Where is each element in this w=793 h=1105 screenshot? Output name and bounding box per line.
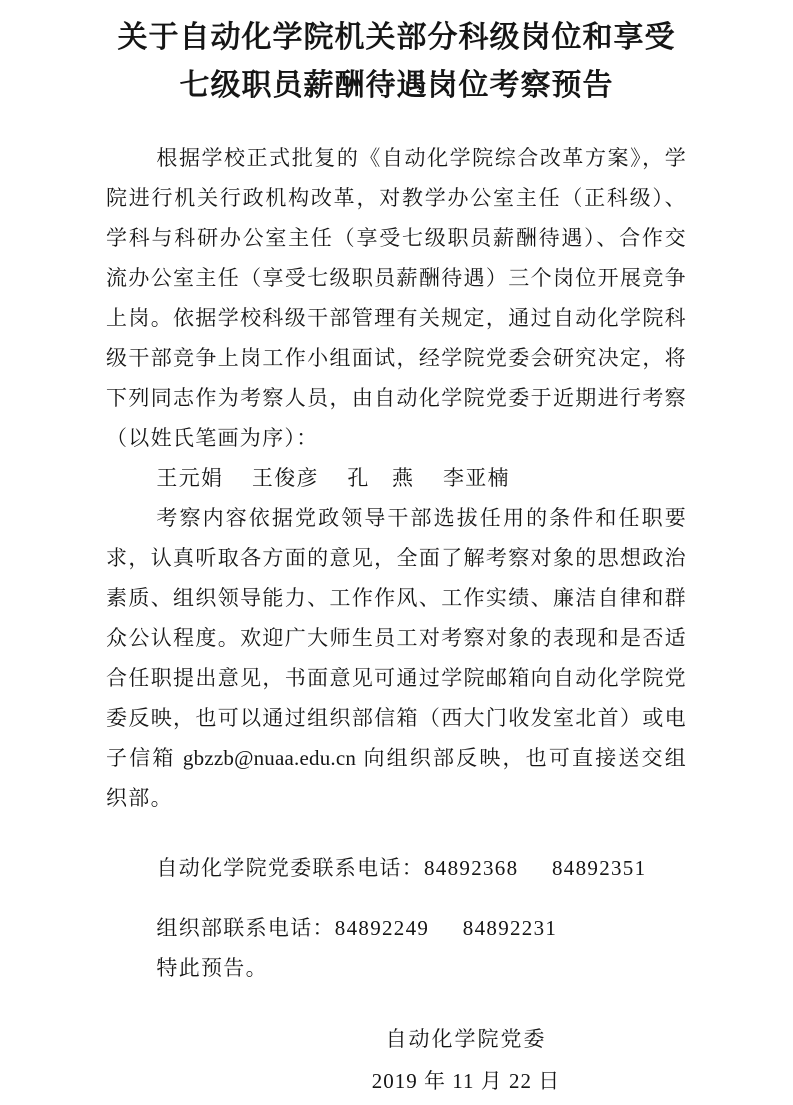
- notice-document-page: 关于自动化学院机关部分科级岗位和享受 七级职员薪酬待遇岗位考察预告 根据学校正式…: [0, 0, 793, 1105]
- signature-issuer: 自动化学院党委: [341, 1018, 591, 1060]
- candidate-names-line: 王元娟 王俊彦 孔 燕 李亚楠: [106, 458, 687, 498]
- candidate-name: 王俊彦: [252, 466, 319, 490]
- candidate-name: 李亚楠: [443, 466, 510, 490]
- document-title: 关于自动化学院机关部分科级岗位和享受 七级职员薪酬待遇岗位考察预告: [106, 14, 687, 110]
- organization-dept-email: gbzzb@nuaa.edu.cn: [183, 746, 356, 770]
- signature-date: 2019 年 11 月 22 日: [341, 1060, 591, 1102]
- document-title-line1: 关于自动化学院机关部分科级岗位和享受: [118, 21, 676, 54]
- organization-dept-contact-line: 组织部联系电话：8489224984892231: [106, 908, 687, 948]
- signature-block: 自动化学院党委 2019 年 11 月 22 日: [341, 1018, 591, 1102]
- candidate-name: 孔 燕: [347, 466, 414, 490]
- paragraph-inspection-text-before: 考察内容依据党政领导干部选拔任用的条件和任职要求，认真听取各方面的意见，全面了解…: [106, 506, 687, 770]
- paragraph-intro: 根据学校正式批复的《自动化学院综合改革方案》，学院进行机关行政机构改革，对教学办…: [106, 138, 687, 458]
- paragraph-inspection: 考察内容依据党政领导干部选拔任用的条件和任职要求，认真听取各方面的意见，全面了解…: [106, 498, 687, 818]
- document-title-line2: 七级职员薪酬待遇岗位考察预告: [180, 69, 614, 102]
- phone-number: 84892351: [552, 856, 646, 880]
- phone-number: 84892231: [463, 916, 557, 940]
- phone-number: 84892368: [424, 856, 518, 880]
- party-committee-contact-line: 自动化学院党委联系电话：8489236884892351: [106, 848, 687, 888]
- phone-number: 84892249: [335, 916, 429, 940]
- closing-statement: 特此预告。: [106, 948, 687, 988]
- candidate-name: 王元娟: [156, 466, 223, 490]
- organization-dept-contact-label: 组织部联系电话：: [156, 916, 334, 940]
- party-committee-contact-label: 自动化学院党委联系电话：: [156, 856, 424, 880]
